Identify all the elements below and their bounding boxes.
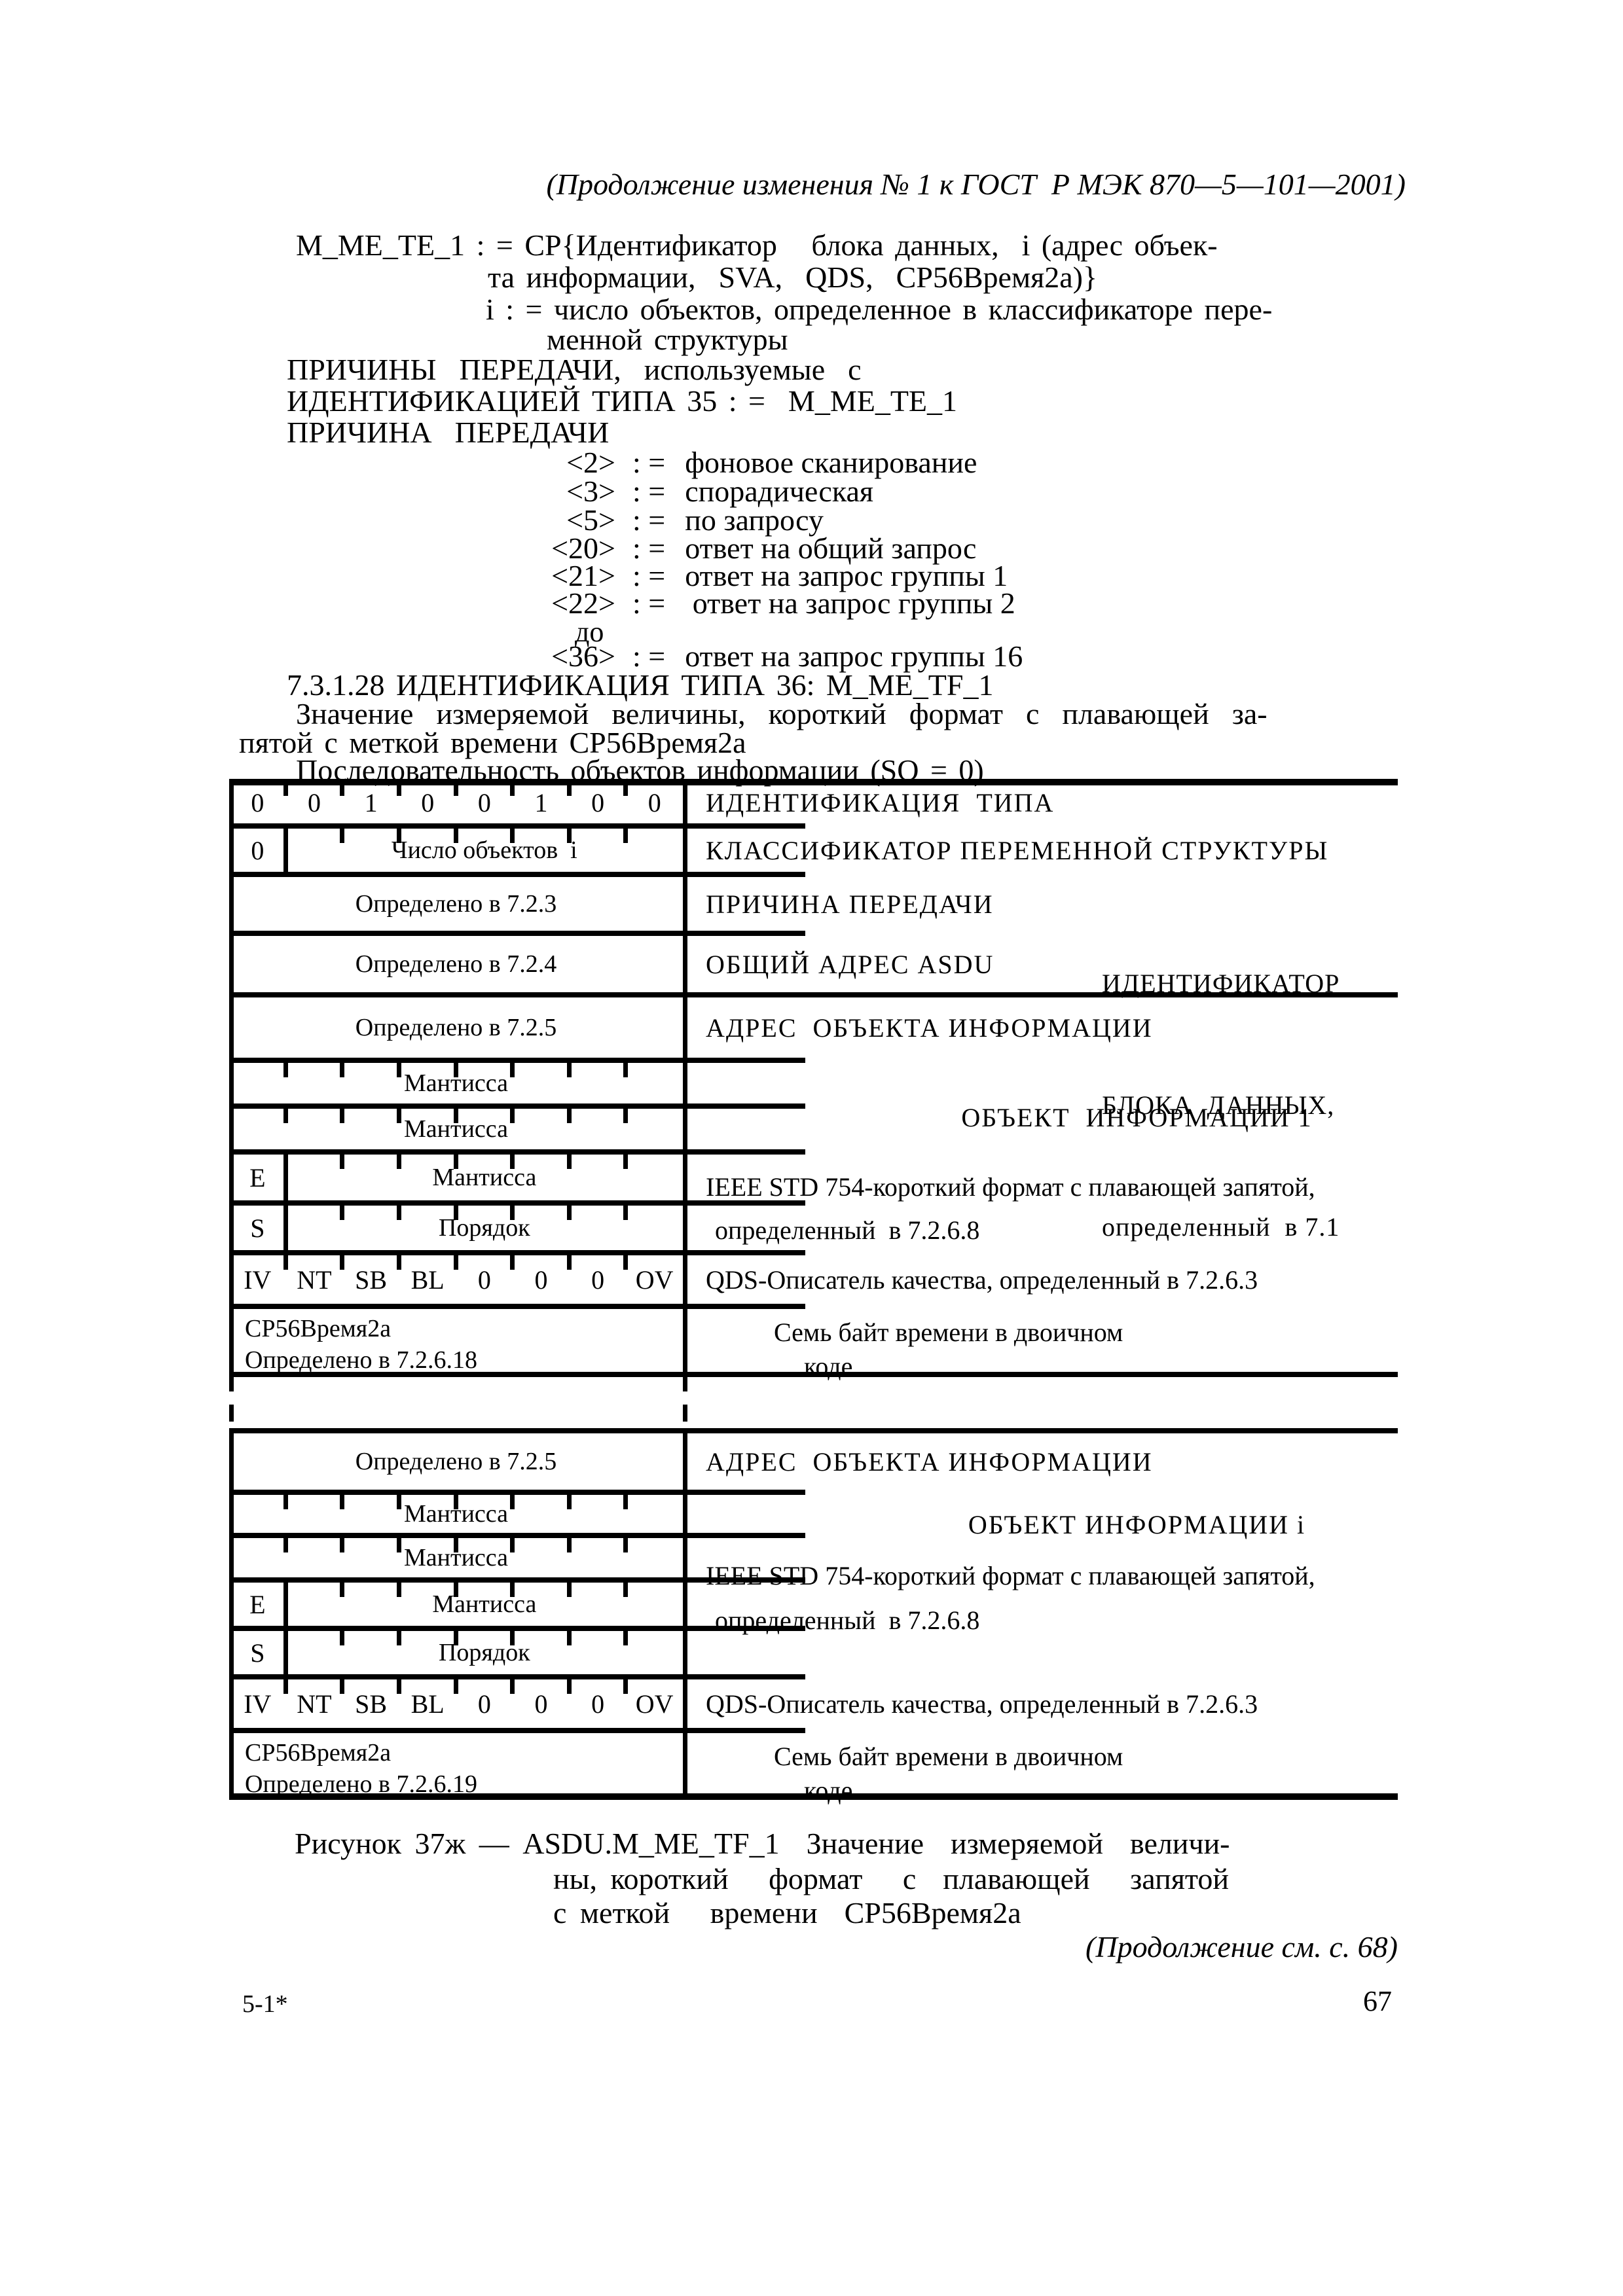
bit: 0: [456, 779, 513, 826]
cp56-name: СР56Время2а: [245, 1737, 699, 1768]
table-divider: [683, 779, 687, 1374]
cause-item: <22>: = ответ на запрос группы 2: [494, 586, 1015, 620]
bit: 1: [342, 779, 399, 826]
object-address-label: АДРЕС ОБЪЕКТА ИНФОРМАЦИИ: [687, 995, 1398, 1060]
bitfield-e-mantissa: E Мантисса: [229, 1580, 683, 1628]
page-number: 67: [1363, 1984, 1392, 2018]
cot-label: ПРИЧИНА ПЕРЕДАЧИ ИДЕНТИФИКАТОР БЛОКА ДАН…: [687, 874, 1398, 933]
bitfield-type-id: 00100100: [229, 779, 683, 826]
bit: 0: [286, 779, 343, 826]
cp56-desc-line-1: Семь байт времени в двоичном: [774, 1317, 1123, 1348]
table-separator: [229, 1626, 805, 1631]
cp56-description: Семь байт времени в двоичном коде: [687, 1306, 1398, 1374]
table-separator-full: [229, 992, 1398, 997]
object-address-label: АДРЕС ОБЪЕКТА ИНФОРМАЦИИ: [687, 1431, 1398, 1492]
bit: 0: [570, 779, 627, 826]
qds-bit: 0: [570, 1253, 627, 1306]
qds-bit: NT: [286, 1253, 343, 1306]
table-left-border: [229, 779, 234, 1374]
table-separator: [229, 1577, 805, 1583]
qds-bit: BL: [399, 1677, 456, 1731]
cp56-cell: СР56Время2а Определено в 7.2.6.19: [229, 1731, 699, 1799]
information-object-i-block: ОБЪЕКТ ИНФОРМАЦИИ i IEEE STD 754-коротки…: [706, 1492, 1398, 1677]
qds-bit: SB: [342, 1677, 399, 1731]
bit: 0: [626, 779, 683, 826]
qds-bit: 0: [456, 1253, 513, 1306]
defined-in-725: Определено в 7.2.5: [229, 1431, 683, 1492]
bitfield-s-poryadok: S Порядок: [229, 1628, 683, 1677]
cot-text: ПРИЧИНА ПЕРЕДАЧИ: [706, 889, 994, 920]
table-separator: [229, 1728, 805, 1733]
exponent-bit: E: [229, 1152, 286, 1203]
table-divider-dashed: [683, 1374, 687, 1431]
bitfield-e-mantissa: E Мантисса: [229, 1152, 683, 1203]
qds-bit: OV: [626, 1677, 683, 1731]
table-separator: [229, 1058, 805, 1063]
table-separator: [229, 1149, 805, 1155]
row-type-identification: 00100100 ИДЕНТИФИКАЦИЯ ТИПА: [229, 779, 1398, 826]
sign-bit: S: [229, 1628, 286, 1677]
qds-bit: IV: [229, 1677, 286, 1731]
cp56-defined-in: Определено в 7.2.6.18: [245, 1344, 699, 1376]
running-header: (Продолжение изменения № 1 к ГОСТ Р МЭК …: [546, 167, 1406, 202]
bitfield-qds: IVNTSBBL000OV: [229, 1253, 683, 1306]
intro-line-1: M_ME_TE_1 : = CP{Идентификатор блока дан…: [296, 228, 1218, 262]
row-qds-2: IVNTSBBL000OV QDS-Описатель качества, оп…: [229, 1677, 1398, 1731]
bit: 1: [513, 779, 570, 826]
type-id-35-line: ИДЕНТИФИКАЦИЕЙ ТИПА 35 : = M_ME_TE_1: [287, 384, 957, 418]
qds-description: QDS-Описатель качества, определенный в 7…: [687, 1677, 1398, 1731]
information-object-label: ОБЪЕКТ ИНФОРМАЦИИ i: [896, 1509, 1378, 1540]
table-separator: [229, 1674, 805, 1679]
qds-bit: SB: [342, 1253, 399, 1306]
ieee-format-line-2: определенный в 7.2.6.8: [715, 1215, 979, 1246]
asdu-structure-diagram: 00100100 ИДЕНТИФИКАЦИЯ ТИПА 0 Число объе…: [229, 779, 1398, 1799]
bitfield-mantissa: Мантисса: [229, 1492, 683, 1535]
ieee-format-line-1: IEEE STD 754-короткий формат с плавающей…: [706, 1560, 1315, 1591]
sq-bit: 0: [229, 826, 286, 874]
row-cp56-2: СР56Время2а Определено в 7.2.6.19 Семь б…: [229, 1731, 1398, 1799]
exponent-bit: E: [229, 1580, 286, 1628]
row-qds-1: IVNTSBBL000OV QDS-Описатель качества, оп…: [229, 1253, 1398, 1306]
table-top-border: [229, 779, 1398, 785]
bitfield-s-poryadok: S Порядок: [229, 1203, 683, 1253]
table-separator: [229, 1533, 805, 1538]
document-page: (Продолжение изменения № 1 к ГОСТ Р МЭК …: [0, 0, 1623, 2296]
cp56-cell: СР56Время2а Определено в 7.2.6.18: [229, 1306, 699, 1374]
assign-symbol: : =: [632, 586, 665, 620]
footer-signature-mark: 5-1*: [242, 1990, 288, 2018]
figure-caption-line-3: с меткой времени СР56Время2а: [553, 1895, 1021, 1930]
qds-bit: IV: [229, 1253, 286, 1306]
bitfield-qds: IVNTSBBL000OV: [229, 1677, 683, 1731]
qds-bit: OV: [626, 1253, 683, 1306]
row-object-address-1: Определено в 7.2.5 АДРЕС ОБЪЕКТА ИНФОРМА…: [229, 995, 1398, 1060]
cp56-desc-line-1: Семь байт времени в двоичном: [774, 1741, 1123, 1772]
figure-caption-line-1: Рисунок 37ж — ASDU.M_ME_TF_1 Значение из…: [295, 1826, 1230, 1861]
table-separator: [229, 1490, 805, 1495]
table-separator-full: [229, 1372, 1398, 1377]
qds-bit: 0: [570, 1677, 627, 1731]
bitfield-mantissa: Мантисса: [229, 1535, 683, 1580]
common-address-label: ОБЩИЙ АДРЕС ASDU: [687, 933, 1398, 995]
table-separator: [229, 1103, 805, 1109]
row-continuation-gap: [229, 1374, 1398, 1431]
vsq-label: КЛАССИФИКАТОР ПЕРЕМЕННОЙ СТРУКТУРЫ: [687, 826, 1398, 874]
cp56-description: Семь байт времени в двоичном коде: [687, 1731, 1398, 1799]
table-separator: [229, 1250, 805, 1255]
defined-in-725: Определено в 7.2.5: [229, 995, 683, 1060]
cp56-name: СР56Время2а: [245, 1313, 699, 1344]
information-object-label: ОБЪЕКТ ИНФОРМАЦИИ 1: [896, 1102, 1378, 1133]
row-variable-structure: 0 Число объектов i КЛАССИФИКАТОР ПЕРЕМЕН…: [229, 826, 1398, 874]
table-separator: [229, 931, 805, 936]
cp56-desc-line-2: коде: [804, 1775, 852, 1806]
bitfield-vsq: 0 Число объектов i: [229, 826, 683, 874]
table-separator: [229, 1200, 805, 1206]
defined-in-724: Определено в 7.2.4: [229, 933, 683, 995]
row-common-address: Определено в 7.2.4 ОБЩИЙ АДРЕС ASDU: [229, 933, 1398, 995]
row-object-address-2: Определено в 7.2.5 АДРЕС ОБЪЕКТА ИНФОРМА…: [229, 1431, 1398, 1492]
table-left-border-dashed: [229, 1374, 234, 1431]
qds-bit: 0: [513, 1253, 570, 1306]
causes-used-with-line: ПРИЧИНЫ ПЕРЕДАЧИ, используемые с: [287, 352, 862, 387]
table-separator: [229, 872, 805, 877]
table-separator: [229, 1304, 805, 1309]
sign-bit: S: [229, 1203, 286, 1253]
table-divider: [683, 1431, 687, 1799]
intro-line-2: та информации, SVA, QDS, СР56Время2а)}: [488, 260, 1097, 295]
table-bottom-border: [229, 1793, 1398, 1800]
table-separator-full: [229, 1428, 1398, 1433]
qds-description: QDS-Описатель качества, определенный в 7…: [687, 1253, 1398, 1306]
ieee-format-line-1: IEEE STD 754-короткий формат с плавающей…: [706, 1172, 1315, 1202]
row-cause-of-transmission: Определено в 7.2.3 ПРИЧИНА ПЕРЕДАЧИ ИДЕН…: [229, 874, 1398, 933]
defined-in-723: Определено в 7.2.3: [229, 874, 683, 933]
qds-bit: 0: [513, 1677, 570, 1731]
cause-text: ответ на запрос группы 2: [685, 586, 1015, 620]
figure-caption-line-2: ны, короткий формат с плавающей запятой: [553, 1861, 1229, 1896]
qds-bit: NT: [286, 1677, 343, 1731]
qds-bit: BL: [399, 1253, 456, 1306]
qds-bit: 0: [456, 1677, 513, 1731]
bit: 0: [229, 779, 286, 826]
continuation-note: (Продолжение см. с. 68): [1085, 1929, 1398, 1964]
table-left-border: [229, 1431, 234, 1799]
bitfield-mantissa: Мантисса: [229, 1060, 683, 1106]
table-separator: [229, 823, 805, 829]
information-object-1-block: ОБЪЕКТ ИНФОРМАЦИИ 1 IEEE STD 754-коротки…: [706, 1060, 1398, 1253]
bit: 0: [399, 779, 456, 826]
bitfield-mantissa: Мантисса: [229, 1106, 683, 1152]
row-cp56-1: СР56Время2а Определено в 7.2.6.18 Семь б…: [229, 1306, 1398, 1374]
type-id-label: ИДЕНТИФИКАЦИЯ ТИПА: [687, 779, 1398, 826]
